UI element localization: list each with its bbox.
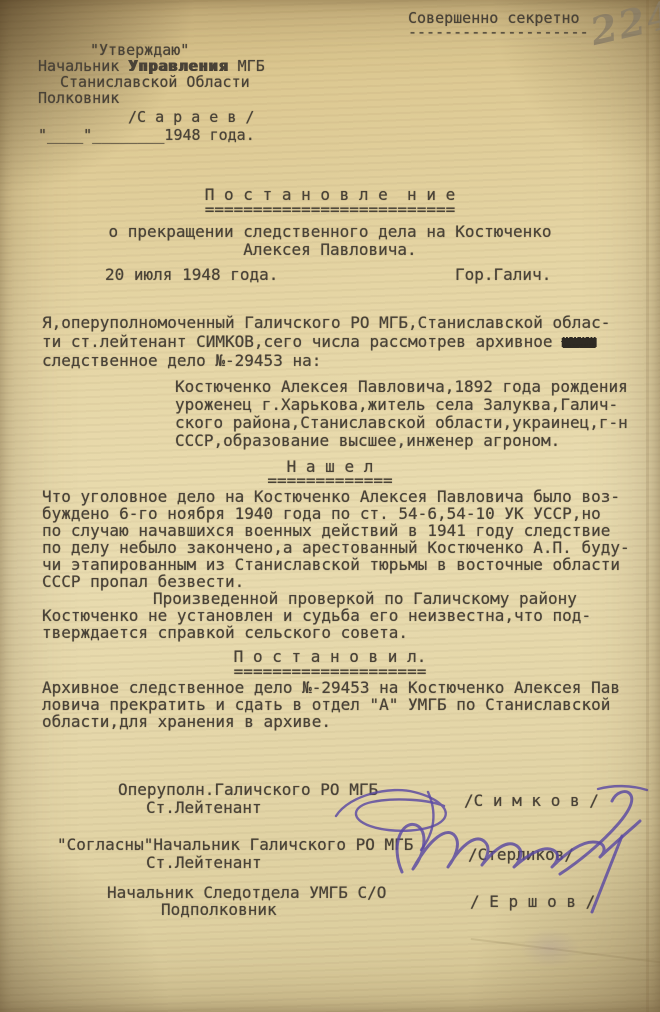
sig-row1-name: /С и м к о в / xyxy=(464,792,599,809)
document-place: Гор.Галич. xyxy=(455,266,551,283)
sterlikov-ink-slash xyxy=(592,836,622,912)
approval-name: /С а р а е в / xyxy=(128,109,254,125)
simkov-ink-tail xyxy=(421,792,433,850)
ink-smudge xyxy=(520,928,580,968)
sig-row3-name: / Е р ш о в / xyxy=(470,893,595,910)
sig-row1-role1: Оперуполн.Галичского РО МГБ xyxy=(118,781,378,798)
found-p2-line3: тверждается справкой сельского совета. xyxy=(42,624,408,641)
document-date: 20 июля 1948 года. xyxy=(105,266,278,283)
document-subtitle-line2: Алексея Павловича. xyxy=(0,241,660,258)
sig-row3-role2: Подполковник xyxy=(161,901,277,918)
intro-line2-text: ти ст.лейтенант СИМКОВ,сего числа рассмо… xyxy=(42,332,562,351)
sig-row2-name: /Стерликов/ xyxy=(468,846,574,863)
sig-row1-role2: Ст.Лейтенант xyxy=(146,799,262,816)
found-p2-line1: Произведенной проверкой по Галичскому ра… xyxy=(153,590,577,607)
sig-row2-role2: Ст.Лейтенант xyxy=(146,854,262,871)
redacted-word: шшшш xyxy=(562,332,595,351)
document-title-underline: ========================== xyxy=(0,201,660,218)
resolved-line3: области,для хранения в архиве. xyxy=(42,713,331,730)
resolved-line1: Архивное следственное дело №-29453 на Ко… xyxy=(42,679,620,696)
approval-region: Станиславской Области xyxy=(60,74,250,90)
found-p1-line3: по случаю начавшихся военных действий в … xyxy=(42,522,610,539)
intro-line3: следственное дело №-29453 на: xyxy=(42,352,321,369)
paper-crease-vertical xyxy=(646,0,649,1012)
subject-line4: СССР,образование высшее,инженер агроном. xyxy=(175,432,560,449)
subject-line2: уроженец г.Харькова,житель села Залуква,… xyxy=(175,396,618,413)
found-p1-line2: буждено 6-го ноября 1940 года по ст. 54-… xyxy=(42,505,601,522)
found-p1-line6: СССР пропал безвести. xyxy=(42,573,244,590)
document-page: Совершенно секретно --------------------… xyxy=(0,0,660,1012)
sig-row3-role1: Начальник Следотдела УМГБ С/О xyxy=(107,884,386,901)
approval-rank: Полковник xyxy=(38,90,119,106)
classification-underline: -------------------- xyxy=(408,24,589,40)
found-p1-line1: Что уголовное дело на Костюченко Алексея… xyxy=(42,488,620,505)
intro-line2: ти ст.лейтенант СИМКОВ,сего числа рассмо… xyxy=(42,333,595,350)
found-p1-line5: чи этапированным из Станиславской тюрьмы… xyxy=(42,556,620,573)
approval-word: "Утверждаю" xyxy=(90,42,189,58)
subject-line1: Костюченко Алексея Павловича,1892 года р… xyxy=(175,378,628,395)
document-subtitle-line1: о прекращении следственного дела на Кост… xyxy=(0,223,660,240)
found-p1-line4: по делу небыло закончено,а арестованный … xyxy=(42,539,630,556)
intro-line1: Я,оперуполномоченный Галичского РО МГБ,С… xyxy=(42,314,610,331)
sterlikov-ink-dash xyxy=(598,786,647,790)
approval-date-line: "____"________1948 года. xyxy=(38,127,255,143)
found-p2-line2: Костюченко не установлен и судьба его не… xyxy=(42,607,591,624)
sig-row2-role1: "Согласны"Начальник Галичского РО МГБ xyxy=(57,836,413,853)
resolved-line2: ловича прекратить и сдать в отдел "А" УМ… xyxy=(42,696,610,713)
subject-line3: ского района,Станиславской области,украи… xyxy=(175,414,628,431)
approval-chief-line: Начальник Управления МГБ xyxy=(38,58,265,74)
